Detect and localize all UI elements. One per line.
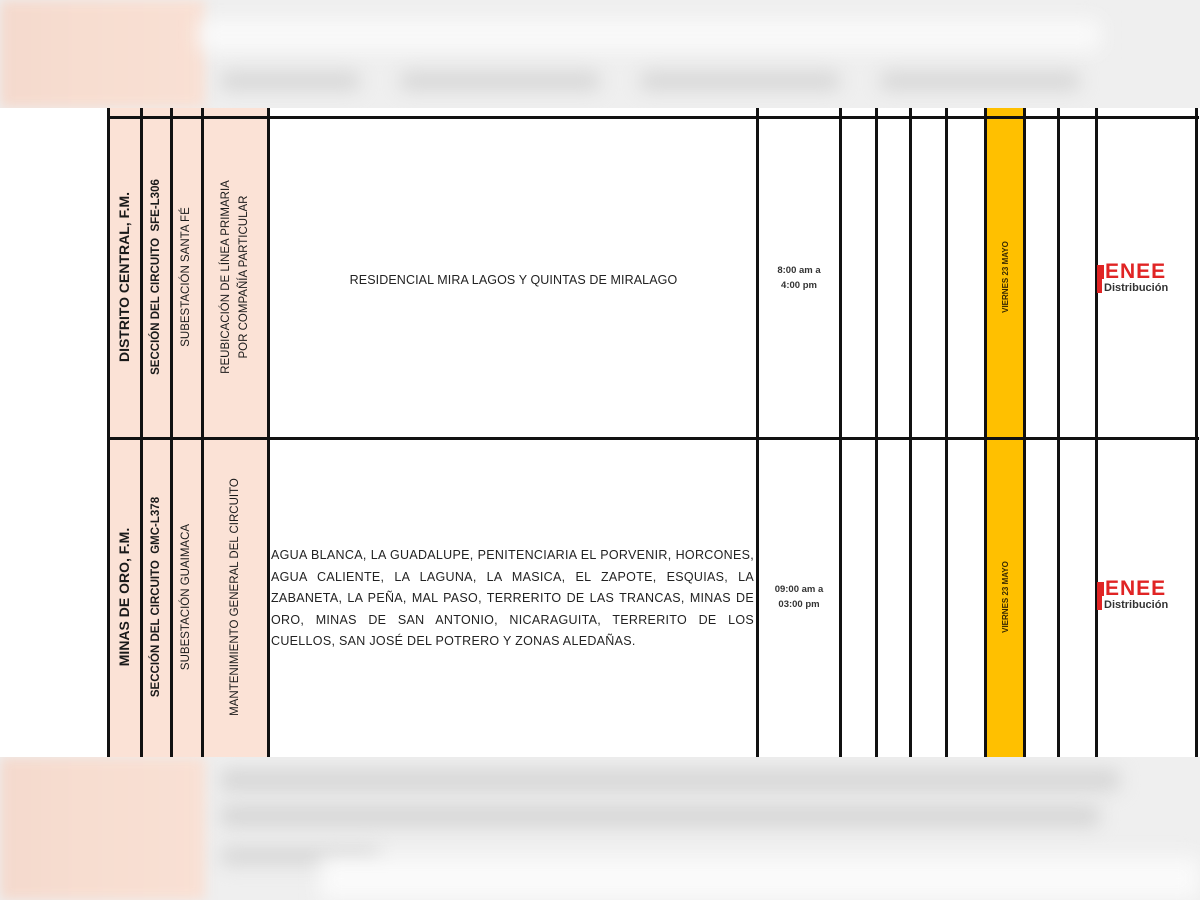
- municipality-cell: MINAS DE ORO, F.M.: [109, 437, 139, 757]
- blurred-strip: [220, 769, 1120, 791]
- column-divider: [1195, 108, 1198, 757]
- affected-areas-cell: RESIDENCIAL MIRA LAGOS Y QUINTAS DE MIRA…: [271, 120, 756, 440]
- blurred-peach-columns: [0, 0, 205, 108]
- blurred-strip: [400, 72, 600, 90]
- column-divider: [945, 108, 948, 757]
- work-reason-text: REUBICACIÓN DE LÍNEA PRIMARIA POR COMPAÑ…: [217, 167, 253, 387]
- substation-cell: SUBESTACIÓN GUAIMACA: [175, 437, 197, 757]
- blurred-strip: [640, 72, 840, 90]
- time-start: 09:00 am a: [758, 582, 840, 597]
- column-divider: [1095, 108, 1098, 757]
- blurred-strip: [320, 857, 1200, 900]
- date-cell: VIERNES 23 MAYO: [998, 437, 1012, 757]
- affected-areas-text: AGUA BLANCA, LA GUADALUPE, PENITENCIARIA…: [271, 545, 754, 653]
- column-divider: [875, 108, 878, 757]
- column-divider: [756, 108, 759, 757]
- municipality-text: DISTRITO CENTRAL, F.M.: [116, 192, 132, 362]
- column-divider: [1023, 108, 1026, 757]
- blurred-strip: [220, 72, 360, 90]
- column-divider: [267, 108, 270, 757]
- logo-bar-icon: [1097, 279, 1102, 293]
- column-divider: [984, 108, 987, 757]
- blurred-footer-region: [0, 757, 1200, 900]
- substation-text: SUBESTACIÓN SANTA FÉ: [180, 207, 192, 347]
- time-end: 03:00 pm: [758, 597, 840, 612]
- date-text: VIERNES 23 MAYO: [1001, 561, 1010, 633]
- work-reason-cell: REUBICACIÓN DE LÍNEA PRIMARIA POR COMPAÑ…: [206, 117, 264, 437]
- logo-subtitle: Distribución: [1104, 282, 1168, 294]
- affected-areas-text: RESIDENCIAL MIRA LAGOS Y QUINTAS DE MIRA…: [350, 273, 678, 287]
- blurred-strip: [200, 20, 1100, 50]
- circuit-text: SECCIÓN DEL CIRCUITO GMC-L378: [150, 497, 162, 697]
- time-cell: 8:00 am a 4:00 pm: [758, 263, 840, 293]
- time-end: 4:00 pm: [758, 278, 840, 293]
- blurred-strip: [880, 72, 1080, 90]
- column-divider: [201, 108, 204, 757]
- blurred-peach-columns: [0, 757, 205, 900]
- substation-text: SUBESTACIÓN GUAIMACA: [180, 524, 192, 670]
- work-reason-text: MANTENIMIENTO GENERAL DEL CIRCUITO: [229, 478, 241, 716]
- logo-brand: ENEE: [1105, 260, 1166, 283]
- logo-subtitle: Distribución: [1104, 599, 1168, 611]
- date-cell: VIERNES 23 MAYO: [998, 117, 1012, 437]
- work-reason-cell: MANTENIMIENTO GENERAL DEL CIRCUITO: [224, 437, 246, 757]
- date-text: VIERNES 23 MAYO: [1001, 241, 1010, 313]
- municipality-cell: DISTRITO CENTRAL, F.M.: [109, 117, 139, 437]
- outage-table: DISTRITO CENTRAL, F.M. SECCIÓN DEL CIRCU…: [0, 108, 1200, 757]
- row-divider: [108, 116, 1199, 119]
- column-divider: [909, 108, 912, 757]
- logo-brand: ENEE: [1105, 577, 1166, 600]
- logo-bar-icon: [1097, 596, 1102, 610]
- logo-mark-icon: [1097, 582, 1104, 596]
- municipality-text: MINAS DE ORO, F.M.: [116, 528, 132, 666]
- enee-logo: ENEE Distribución: [1097, 261, 1197, 301]
- blurred-strip: [220, 805, 1100, 827]
- time-cell: 09:00 am a 03:00 pm: [758, 582, 840, 612]
- substation-cell: SUBESTACIÓN SANTA FÉ: [175, 117, 197, 437]
- column-divider: [1057, 108, 1060, 757]
- circuit-cell: SECCIÓN DEL CIRCUITO SFE-L306: [145, 117, 167, 437]
- logo-mark-icon: [1097, 265, 1104, 279]
- blurred-header-region: [0, 0, 1200, 108]
- circuit-cell: SECCIÓN DEL CIRCUITO GMC-L378: [145, 437, 167, 757]
- column-divider: [170, 108, 173, 757]
- time-start: 8:00 am a: [758, 263, 840, 278]
- circuit-text: SECCIÓN DEL CIRCUITO SFE-L306: [150, 179, 162, 375]
- enee-logo-text: ENEE: [1097, 261, 1166, 283]
- column-divider: [839, 108, 842, 757]
- enee-logo-text: ENEE: [1097, 578, 1166, 600]
- enee-logo: ENEE Distribución: [1097, 578, 1197, 618]
- affected-areas-cell: AGUA BLANCA, LA GUADALUPE, PENITENCIARIA…: [271, 441, 754, 757]
- column-divider: [140, 108, 143, 757]
